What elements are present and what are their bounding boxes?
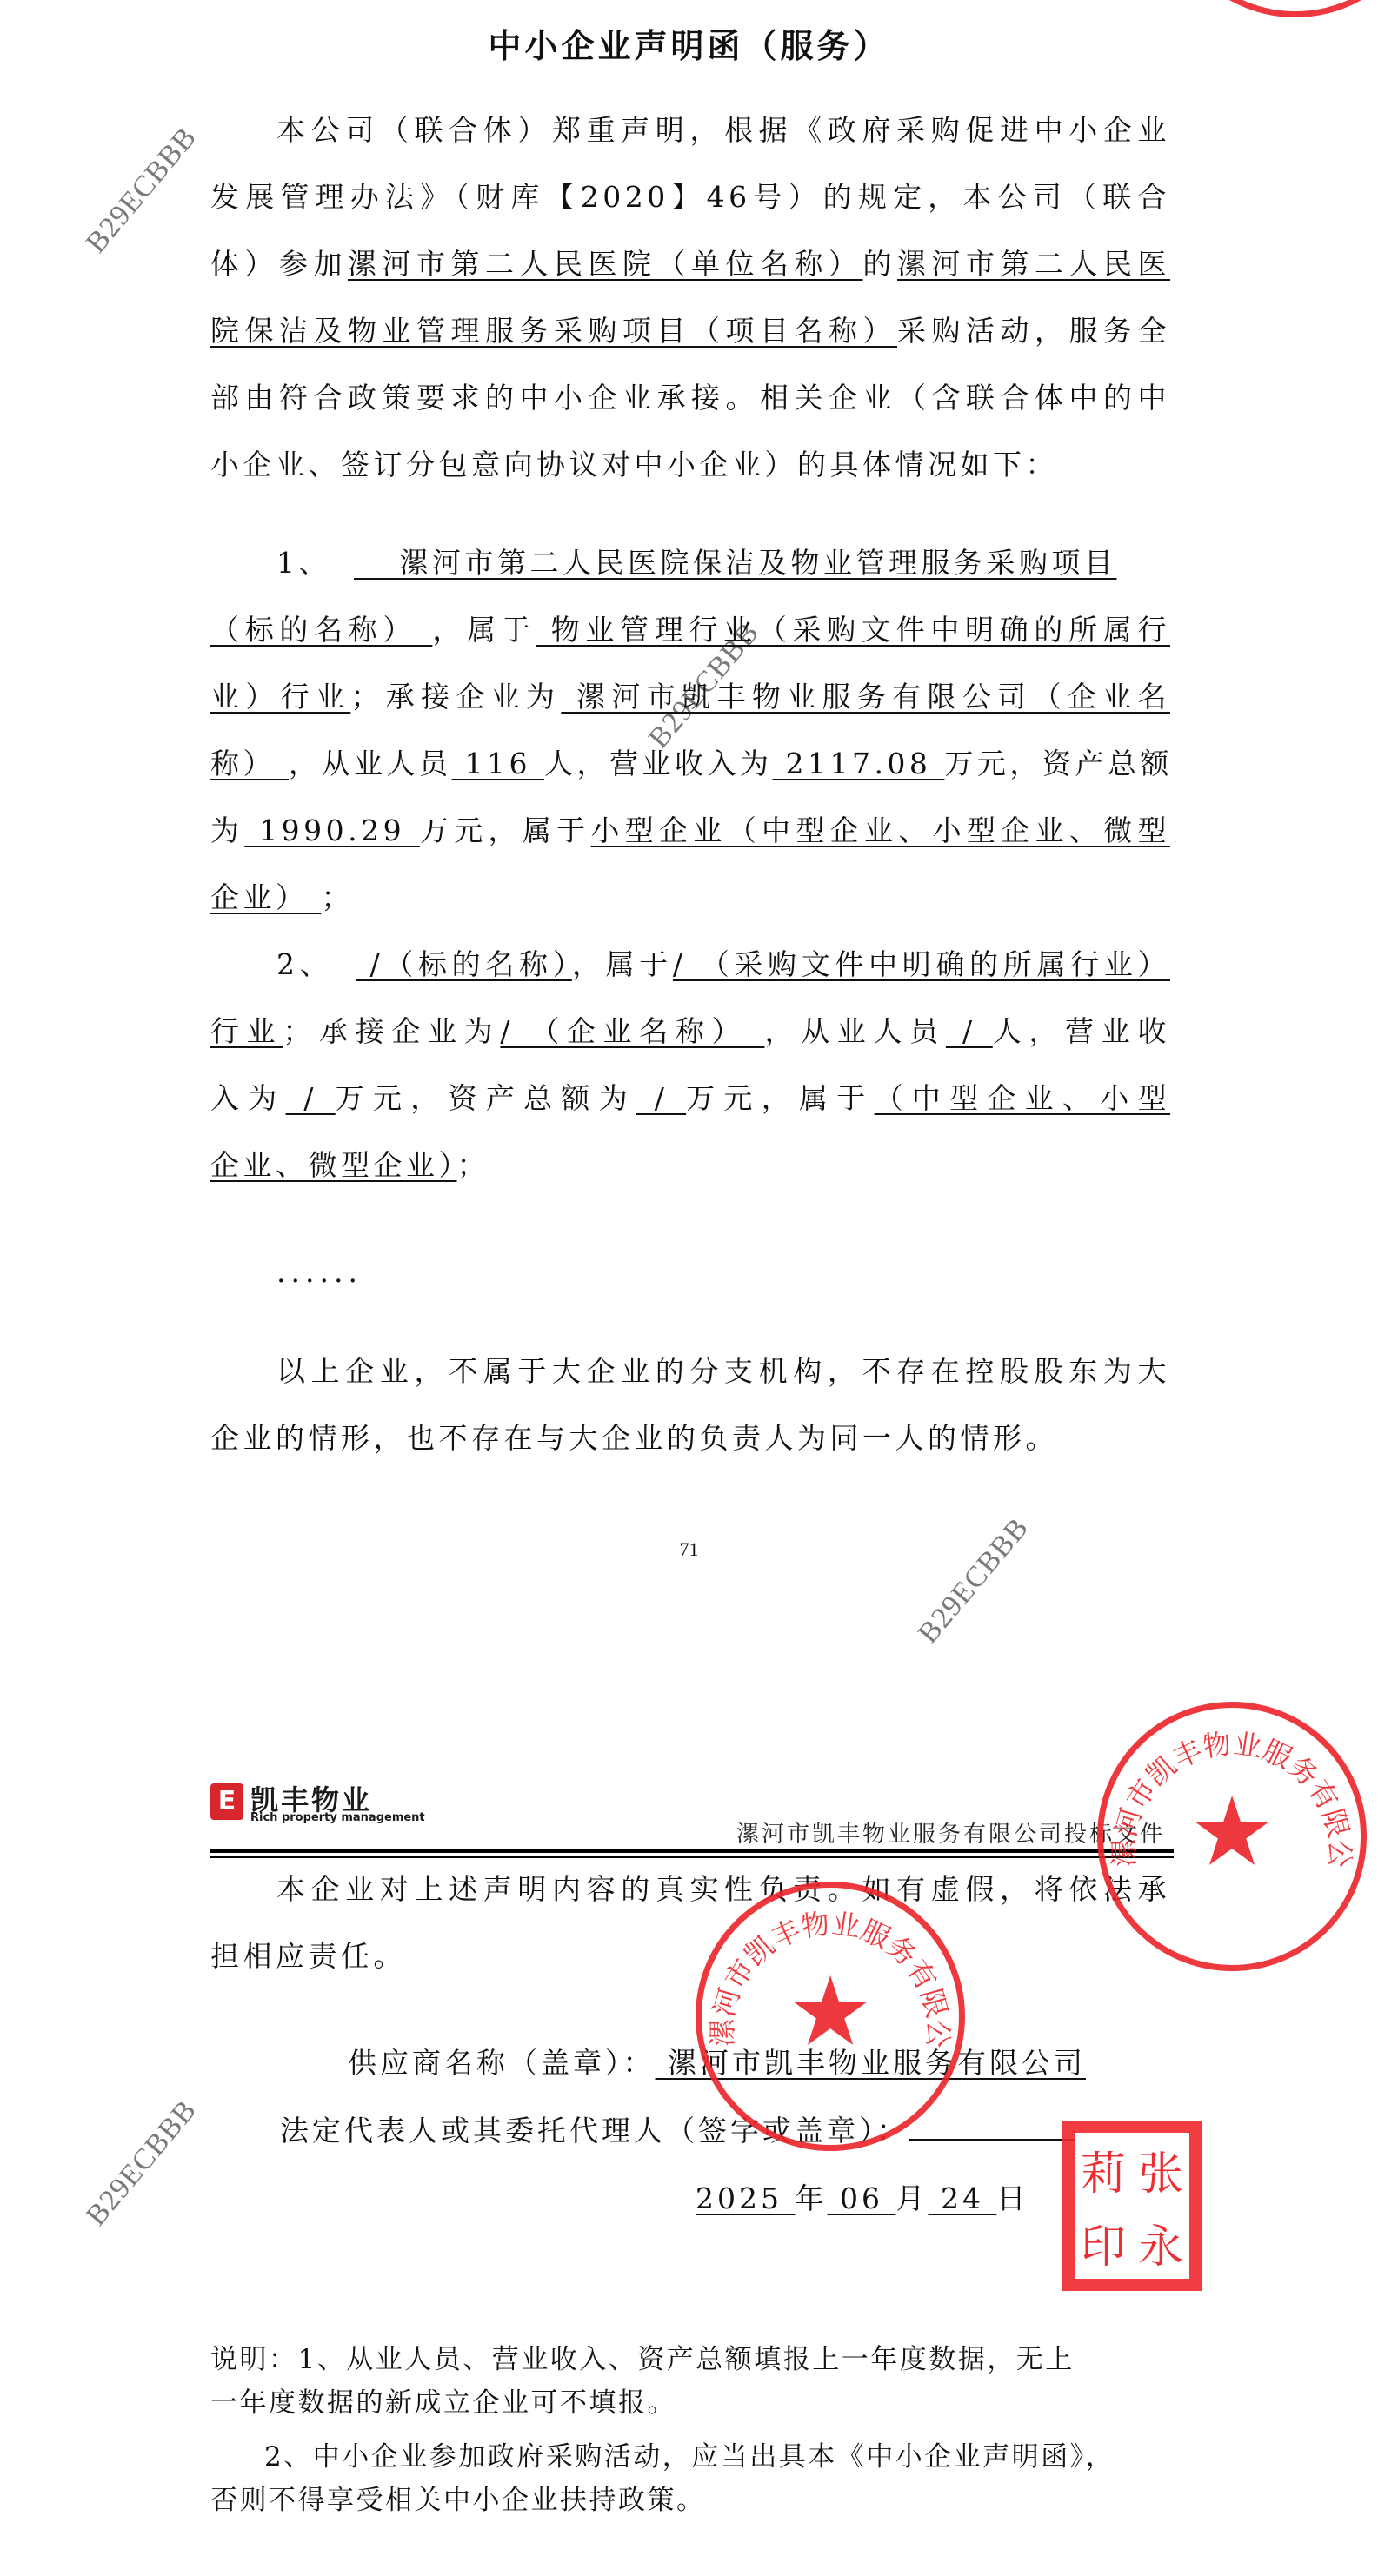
representative-row: 法定代表人或其委托代理人（签字或盖章）： [280,2112,1075,2150]
item-line: 企业、微型企业）； [210,1146,1170,1185]
watermark: B29ECBBB [912,1511,1035,1650]
representative-label: 法定代表人或其委托代理人（签字或盖章）： [280,2114,909,2148]
personal-seal: 莉 张 印 永 [1062,2121,1202,2291]
industry: 物业管理行业（采购文件中明确的所属行 [536,613,1170,647]
intro-line: 体）参加漯河市第二人民医院（单位名称）的漯河市第二人民医 [210,245,1170,283]
note-line: 一年度数据的新成立企业可不填报。 [210,2386,1170,2420]
date-month: 06 [827,2181,895,2215]
signature-field [909,2139,1075,2141]
item-line: 入为 / 万元，资产总额为 / 万元，属于（中型企业、小型 [210,1079,1170,1118]
logo-name-en: Rich property management [250,1811,425,1824]
note-line: 否则不得享受相关中小企业扶持政策。 [210,2483,1170,2518]
subject-name: 漯河市第二人民医院保洁及物业管理服务采购项目 [354,546,1117,580]
project-name: 院保洁及物业管理服务采购项目（项目名称） [210,314,897,348]
logo-mark-icon: E [210,1783,243,1820]
ellipsis: ...... [210,1253,1170,1291]
item-line: 为 1990.29 万元，属于小型企业（中型企业、小型企业、微型 [210,812,1170,850]
supplier-row: 供应商名称（盖章）： 漯河市凯丰物业服务有限公司 [348,2044,1086,2082]
header-rule [210,1849,1174,1853]
note-line: 说明：1、从业人员、营业收入、资产总额填报上一年度数据，无上 [210,2342,1170,2377]
document-page: 中小企业声明函（服务） B29ECBBB B29ECBBB B29ECBBB B… [0,0,1378,2576]
enterprise-size: 小型企业（中型企业、小型企业、微型 [590,813,1170,847]
page-title: 中小企业声明函（服务） [0,19,1378,67]
date-year: 2025 [696,2181,795,2215]
item-line: 企业） ； [210,879,1170,917]
intro-line: 本公司（联合体）郑重声明，根据《政府采购促进中小企业 [210,111,1170,149]
intro-line: 院保洁及物业管理服务采购项目（项目名称）采购活动，服务全 [210,312,1170,350]
watermark: B29ECBBB [80,121,203,259]
item-line: 1、 漯河市第二人民医院保洁及物业管理服务采购项目 [210,544,1170,582]
stamp-text-ring-icon: 漯河市凯丰物业服务有限公司 [702,1888,959,2145]
page-number: 71 [0,1538,1378,1561]
project-name: 漯河市第二人民医 [897,247,1170,281]
closing-line: 以上企业，不属于大企业的分支机构，不存在控股股东为大 [210,1352,1170,1391]
item-line: 称） ，从业人员 116 人，营业收入为 2117.08 万元，资产总额 [210,745,1170,783]
company-logo: E 凯丰物业 Rich property management [210,1782,428,1830]
total-assets: 1990.29 [244,813,420,847]
note-line: 2、中小企业参加政府采购活动，应当出具本《中小企业声明函》， [210,2440,1224,2474]
header-document-title: 漯河市凯丰物业服务有限公司投标文件 [678,1816,1165,1849]
supplier-name: 漯河市凯丰物业服务有限公司 [656,2046,1087,2080]
header-rule [210,1856,1174,1858]
item-line: 2、 /（标的名称），属于/ （采购文件中明确的所属行业） [210,946,1170,984]
date-day: 24 [928,2181,996,2215]
responsibility-line: 本企业对上述声明内容的真实性负责。如有虚假，将依法承 [210,1870,1170,1909]
revenue: 2117.08 [772,747,944,780]
contractor-name: 漯河市凯丰物业服务有限公司（企业名 [561,680,1170,714]
partial-company-stamp [1161,0,1378,17]
company-stamp: 漯河市凯丰物业服务有限公司 ★ [696,1882,965,2151]
unit-name: 漯河市第二人民医院（单位名称） [348,247,863,281]
item-line: 行业；承接企业为/ （企业名称） ，从业人员 / 人，营业收 [210,1012,1170,1051]
intro-line: 发展管理办法》（财库【2020】46号）的规定，本公司（联合 [210,178,1170,216]
intro-line: 小企业、签订分包意向协议对中小企业）的具体情况如下： [210,446,1170,484]
watermark: B29ECBBB [80,2094,203,2232]
star-icon: ★ [1189,1784,1275,1880]
item-line: 业）行业；承接企业为 漯河市凯丰物业服务有限公司（企业名 [210,678,1170,716]
item-line: （标的名称） ，属于 物业管理行业（采购文件中明确的所属行 [210,611,1170,649]
closing-line: 企业的情形，也不存在与大企业的负责人为同一人的情形。 [210,1419,1170,1457]
intro-line: 部由符合政策要求的中小企业承接。相关企业（含联合体中的中 [210,379,1170,417]
date-row: 2025 年 06 月 24 日 [696,2180,1029,2218]
supplier-label: 供应商名称（盖章）： [348,2046,656,2080]
responsibility-line: 担相应责任。 [210,1937,1170,1975]
employee-count: 116 [452,747,544,780]
